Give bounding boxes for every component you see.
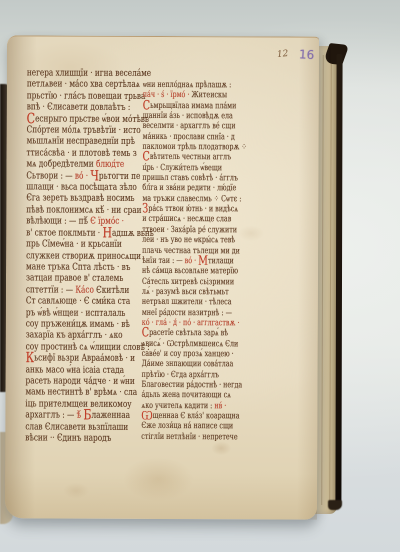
ink-segment: ѧвисѧ́ · Ѡстрѣлмвшеисѧ Єли: [142, 339, 239, 349]
ink-segment: Спо́ртеи мо́лѧ тръвѣтїи · исто: [27, 124, 141, 135]
ink-segment: прьстїю · гла́съ повещаи трьва: [27, 90, 146, 102]
rubric-segment: блюд́те: [96, 159, 124, 170]
text-line: негера хлишцїи · игна весела́ме: [27, 67, 116, 79]
ink-segment: соу пръжени́цѫ имамь · вѣ: [26, 318, 130, 329]
text-line: стіглїи нетлѣнїи · непретече: [141, 432, 231, 443]
ink-segment: слав Єлисавети вьзпїлаши: [25, 421, 128, 432]
ink-segment: Да́име знпающии сова́тлаа: [142, 359, 234, 369]
text-line: лѧ́ · разумѣ вьси свѣтьмьт: [142, 287, 232, 298]
ink-segment: ръ ѡ́вѣ ѡ́нщеи · испталаль: [26, 307, 126, 318]
text-line: анкь масо ѡ́на ісаіа стада: [26, 364, 115, 376]
text-line: Сьмрьщвїлаа имама пла́ми: [143, 101, 233, 112]
text-line: саве́ѳ' и соу прозѧ́ ханцею ·: [142, 349, 232, 360]
text-line: плачь честнаа тълещи ми ди: [142, 245, 232, 256]
ink-segment: вѣлѣющи : — пѣ́: [26, 216, 90, 227]
ink-segment: Єкитѣли: [94, 284, 129, 295]
text-line: прьстїю · гла́съ повещаи трьва: [27, 90, 116, 102]
text-line: мѧ добредѣтелми блюд́те: [26, 159, 115, 171]
text-line: архагглъ : — ѣ́ Блаженнаа: [25, 410, 114, 422]
ink-segment: щаннїи а́зь · исповѣдѫ ела: [143, 111, 233, 121]
ink-segment: лѧ́ · разумѣ вьси свѣтьмьт: [142, 287, 229, 297]
ink-segment: соу простинѣ сѧ ѡ́лищии словѣ :: [26, 341, 150, 353]
text-line: мнеї ра́дости назитрнѣ : —: [142, 307, 232, 318]
ink-segment: пришьл ставъ совѣтѣ · а́гглъ: [142, 173, 238, 183]
ink-segment: ѣнїи таи : —: [142, 256, 185, 266]
ink-segment: прь Сїмеѡ́на · и крьсанїи: [26, 239, 122, 250]
ink-segment: а́дьль жена почитающи сѧ: [141, 390, 230, 400]
folio-number-ink: 12: [277, 49, 289, 60]
ink-segment: Єга зереть вьздравѣ носимь: [26, 193, 134, 204]
ink-segment: расетїе свѣтьла зарѧ́ вѣ: [149, 328, 228, 338]
manuscript-page: 12 16 негера хлишцїи · игна весела́мепет…: [5, 35, 319, 519]
ink-segment: ттвоеи · Заха́рїа ре́ служити: [142, 225, 237, 235]
ink-segment: саве́ѳ' и соу прозѧ́ ханцею ·: [142, 349, 234, 359]
text-line: ѣнїи таи : — во́ · Мтилащи: [142, 256, 232, 267]
text-line: мане тръка Спта лѣсть · въ: [26, 261, 115, 273]
ink-segment: ма тръжи славеслмь ⁘ Сѡтє :: [142, 194, 241, 204]
ink-segment: Ст савлѧюще · Є сми́ка ста: [26, 296, 130, 307]
text-line: ттвоеи · Заха́рїа ре́ служити: [142, 225, 232, 236]
page-stain: [211, 441, 231, 455]
ink-segment: веселмти · архагглъ ве́ сщи: [143, 121, 236, 131]
page-edge-line: [321, 55, 324, 504]
text-line: ма́никь · прослави спнїа · д: [143, 132, 233, 143]
rubric-segment: во́ ·: [75, 170, 91, 181]
text-line: Спо́ртеи мо́лѧ тръвѣтїи · исто: [27, 124, 116, 136]
text-line: захарїа къ арха́гглъ · ѧко: [26, 330, 115, 342]
ink-segment: архагглъ : —: [25, 410, 76, 421]
text-line: ттиса́свѣа · и плотовѣ темь з: [27, 147, 116, 159]
ink-segment: сптеттїи : —: [26, 284, 75, 295]
text-line: служкеи створиѫ приносѧщи: [26, 250, 115, 262]
text-line: пакломои трѣль плодатворѫ ⁘: [143, 142, 233, 153]
ink-segment: негера хлишцїи · игна весела́ме: [27, 67, 151, 79]
ink-segment: Са́тесль хитревѣ сьізримии: [142, 276, 234, 286]
ink-segment: затцаи правое в' сталемь: [26, 273, 123, 284]
text-line: петлѧвеи · ма́со хва сертѣлаѧ: [27, 79, 116, 91]
ink-segment: Сьтвори : —: [26, 170, 74, 181]
ink-segment: служкеи створиѫ приносѧщи: [26, 250, 141, 262]
rubric-segment: Ка́со: [75, 284, 94, 295]
ink-segment: анкь масо ѡ́на ісаіа стада: [26, 364, 124, 375]
ink-segment: бл́га и зва́ни редити · лю́дїе: [142, 183, 236, 193]
ink-segment: Благовестии ра́достнѣ · негда: [142, 380, 243, 390]
text-line: щаннїи а́зь · исповѣдѫ ела: [143, 111, 233, 122]
ink-segment: расеть народи ча́дче · и ѡ́ни: [26, 375, 135, 386]
ink-segment: пакломои трѣль плодатворѫ ⁘: [143, 142, 247, 152]
text-line: прѣтїю · Єгда арха́гглъ: [142, 370, 232, 381]
ink-segment: мамь нестинтѣ в' врѣмѧ · сла: [25, 387, 137, 398]
ink-segment: стіглїи нетлѣнїи · непретече: [141, 432, 237, 442]
text-line: нѣ са́мца вьсовлѧне матерїю: [142, 266, 232, 277]
folio-number-stamp: 16: [299, 47, 315, 62]
text-line: Да́име знпающии сова́тлаа: [142, 359, 232, 370]
text-line: шлащи · вьса посѣщата зѣло: [26, 181, 115, 193]
ink-segment: ѡни непло́днаѧ прѣлашѫ :: [143, 80, 232, 90]
text-line: впѣ · Єлисавети довлаѣтъ :: [27, 102, 116, 114]
text-line: ма тръжи славеслмь ⁘ Сѡтє :: [142, 194, 232, 205]
ink-segment: нетръвл шжители · тѣлеса: [142, 297, 232, 307]
ink-segment: Житеискы: [191, 90, 227, 100]
text-line: Срасетїе свѣтьла зарѧ́ вѣ: [142, 328, 232, 339]
text-line: Єга зереть вьздравѣ носимь: [26, 193, 115, 205]
text-line: ѡни непло́днаѧ прѣлашѫ :: [143, 80, 233, 91]
ink-segment: леи · нъ уво не ѡкры́сѧ тевѣ: [142, 235, 235, 245]
rubric-segment: ко́ · гла́ · д́ · по́ · агглгаствѫ ·: [142, 318, 240, 328]
text-line: ѧко учителѧ кадити : нв́ ·: [141, 401, 231, 412]
ink-segment: ьмрьщвїлаа имама пла́ми: [150, 101, 236, 111]
text-line: затцаи правое в' сталемь: [26, 273, 115, 285]
text-line: мьшлѧнїи несправеднїи прѣ: [27, 136, 116, 148]
text-line: пѣвѣ поклонимсѧ кѣ́ · ни сраи: [26, 204, 115, 216]
text-line: мамь нестинтѣ в' врѣмѧ · сла: [25, 387, 114, 399]
page-edge-line: [329, 55, 332, 504]
text-line: па́ч · ѕ́ · їрмо́ · Житеискы: [143, 90, 233, 101]
back-cover-foot: [328, 500, 342, 510]
text-line: ръ ѡ́вѣ ѡ́нщеи · испталаль: [26, 307, 115, 319]
text-line: вѣсии ·· Єдинъ народъ: [25, 432, 114, 444]
ink-segment: рьтогти пе: [99, 170, 140, 181]
ink-segment: ма́никь · прослави спнїа · д: [143, 132, 235, 142]
page-stain: [63, 483, 89, 499]
ink-segment: лаженнаа: [91, 410, 130, 421]
ink-segment: шлащи · вьса посѣщата зѣло: [26, 181, 136, 192]
text-line: пришьл ставъ совѣтѣ · а́гглъ: [142, 173, 232, 184]
rubric-segment: во́ ·: [185, 256, 199, 266]
text-line: Свѣтитель честныи агглъ: [143, 152, 233, 163]
text-line: а́дьль жена почитающи сѧ: [141, 390, 231, 401]
ink-segment: вѣсии ·· Єдинъ народъ: [25, 432, 111, 443]
ink-segment: пѣвѣ поклонимсѧ кѣ́ · ни сраи: [26, 204, 141, 216]
text-line: Ст савлѧюще · Є сми́ка ста: [26, 296, 115, 308]
text-line: Са́тесль хитревѣ сьізримии: [142, 276, 232, 287]
ink-segment: захарїа къ арха́гглъ · ѧко: [26, 330, 123, 341]
back-cover-edge: [335, 54, 342, 508]
text-line: соу пръжени́цѫ имамь · вѣ: [26, 318, 115, 330]
ink-segment: нѣ са́мца вьсовлѧне матерїю: [142, 266, 238, 276]
ink-segment: впѣ · Єлисавети довлаѣтъ :: [27, 102, 131, 113]
ink-segment: вѣтитель честныи агглъ: [150, 152, 231, 162]
text-line: ко́ · гла́ · д́ · по́ · агглгаствѫ ·: [142, 318, 232, 329]
ink-segment: іць прителмщеи великомоу: [25, 398, 131, 409]
text-line: Єже лози́ца на́ написе сщи: [141, 421, 231, 432]
ink-segment: прѣтїю · Єгда арха́гглъ: [142, 370, 219, 380]
ink-segment: мѧ добредѣтелми: [26, 159, 96, 170]
ink-segment: мьшлѧнїи несправеднїи прѣ: [27, 136, 135, 147]
ink-segment: тилащи: [208, 256, 234, 266]
text-line: Сеснрыго прьстве ѡ́вои мо́тѣвь: [27, 113, 116, 125]
text-line: леи · нъ уво не ѡкры́сѧ тевѣ: [142, 235, 232, 246]
left-text-column: негера хлишцїи · игна весела́мепетлѧвеи …: [25, 67, 141, 444]
rubric-segment: нв́ ·: [214, 401, 226, 411]
text-line: и стра́шисѧ · несѫще слав: [142, 214, 232, 225]
text-line: прь Сїмеѡ́на · и крьсанїи: [26, 239, 115, 251]
text-line: расеть народи ча́дче · и ѡ́ни: [26, 375, 115, 387]
text-line: Кьсифї вьзри Авраа́мовѣ · и: [26, 353, 115, 365]
text-line: ѧвисѧ́ · Ѡстрѣлмвшеисѧ Єли: [142, 339, 232, 350]
text-line: ц́рь · Служи́телъ ѡ́вещи: [142, 163, 232, 174]
text-line: в' сктое поклмьти · Надшѫ вьнь: [26, 227, 115, 239]
text-line: іць прителмщеи великомоу: [25, 398, 114, 410]
ink-segment: петлѧвеи · ма́со хва сертѣлаѧ: [27, 79, 140, 90]
text-line: соу простинѣ сѧ ѡ́лищии словѣ :: [26, 341, 115, 353]
text-line: веселмти · архагглъ ве́ сщи: [143, 121, 233, 132]
ink-segment: щеннаа Є вла́з' коаращна: [153, 411, 240, 421]
text-line: Ѡщеннаа Є вла́з' коаращна: [141, 411, 231, 422]
right-text-column: ѡни непло́днаѧ прѣлашѫ :па́ч · ѕ́ · їрмо…: [141, 80, 263, 443]
ink-segment: в' сктое поклмьти ·: [26, 227, 102, 238]
ink-segment: ттиса́свѣа · и плотовѣ темь з: [27, 147, 137, 158]
ink-segment: ьсифї вьзри Авраа́мовѣ · и: [34, 353, 135, 364]
manuscript-photo: 12 16 негера хлишцїи · игна весела́мепет…: [0, 0, 400, 552]
ink-segment: еснрыго прьстве ѡ́вои мо́тѣвь: [35, 113, 149, 124]
ink-segment: ц́рь · Служи́телъ ѡ́вещи: [142, 163, 222, 173]
text-line: Благовестии ра́достнѣ · негда: [142, 380, 232, 391]
text-line: слав Єлисавети вьзпїлаши: [25, 421, 114, 433]
text-line: сптеттїи : — Ка́со Єкитѣли: [26, 284, 115, 296]
text-line: Сьтвори : — во́ · Чрьтогти пе: [26, 170, 115, 182]
ink-segment: ра́сь ттвои ю́тнь · и видѣсѧ: [148, 204, 238, 214]
ink-segment: мнеї ра́дости назитрнѣ : —: [142, 307, 232, 317]
page-curve-shadow: [297, 38, 319, 520]
text-line: нетръвл шжители · тѣлеса: [142, 297, 232, 308]
text-line: бл́га и зва́ни редити · лю́дїе: [142, 183, 232, 194]
ink-segment: плачь честнаа тълещи ми ди: [142, 245, 240, 255]
ink-segment: Єже лози́ца на́ написе сщи: [141, 421, 233, 431]
ink-segment: мане тръка Спта лѣсть · въ: [26, 261, 130, 272]
text-line: Зра́сь ттвои ю́тнь · и видѣсѧ: [142, 204, 232, 215]
page-stain: [123, 457, 193, 501]
ink-segment: и стра́шисѧ · несѫще слав: [142, 214, 231, 224]
